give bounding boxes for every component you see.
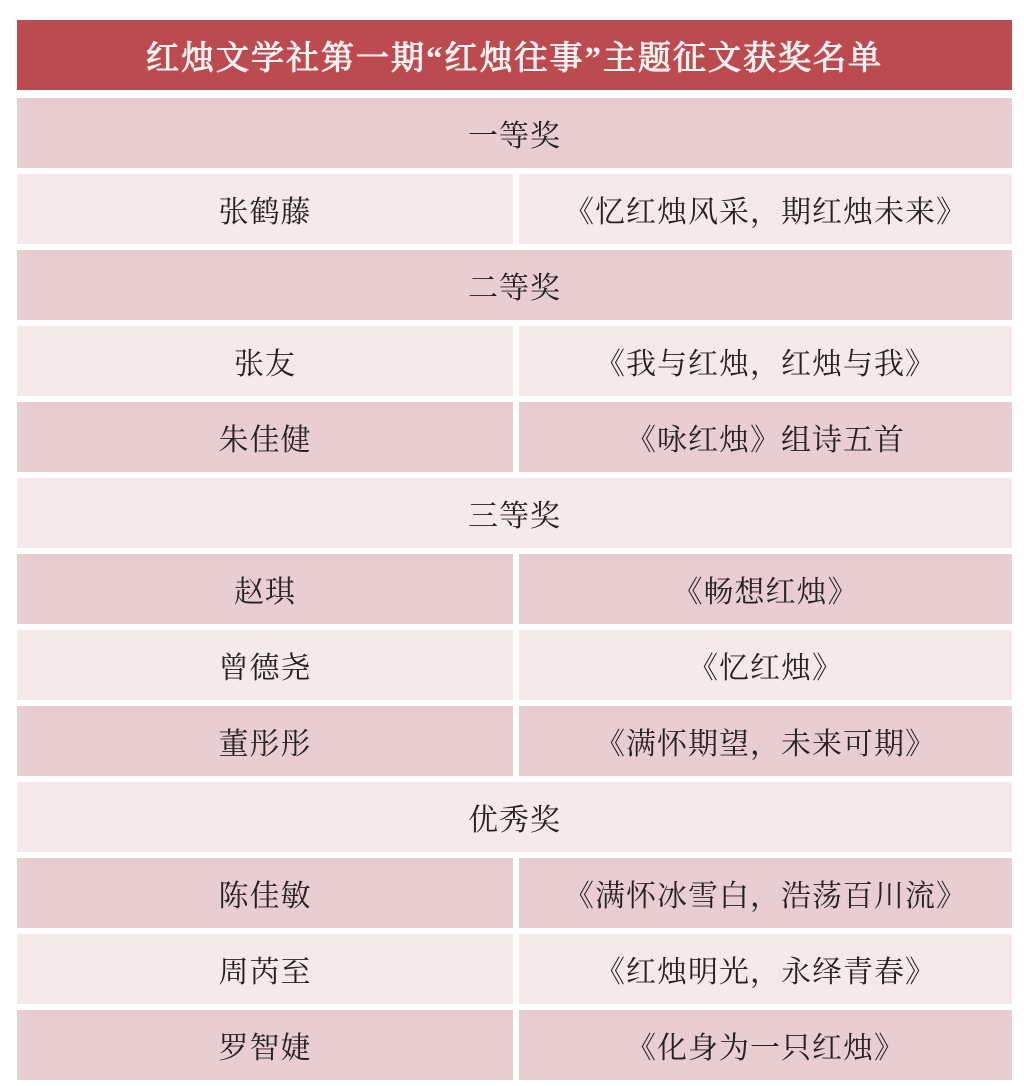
winner-name-cell: 罗智婕 xyxy=(17,1010,513,1080)
page: 红烛文学社第一期“红烛往事”主题征文获奖名单 一等奖张鹤藤《忆红烛风采，期红烛未… xyxy=(0,0,1024,1086)
winner-name-cell: 曾德尧 xyxy=(17,630,513,700)
winner-row: 罗智婕《化身为一只红烛》 xyxy=(17,1010,1012,1080)
section-row: 优秀奖 xyxy=(17,782,1012,852)
winner-name-cell: 朱佳健 xyxy=(17,402,513,472)
winner-name-cell: 董彤彤 xyxy=(17,706,513,776)
section-label: 二等奖 xyxy=(468,263,561,307)
table-header: 红烛文学社第一期“红烛往事”主题征文获奖名单 xyxy=(17,20,1012,90)
essay-title-cell: 《满怀期望，未来可期》 xyxy=(519,706,1012,776)
winner-row: 张鹤藤《忆红烛风采，期红烛未来》 xyxy=(17,174,1012,244)
award-table: 红烛文学社第一期“红烛往事”主题征文获奖名单 一等奖张鹤藤《忆红烛风采，期红烛未… xyxy=(17,20,1012,1080)
winner-row: 朱佳健《咏红烛》组诗五首 xyxy=(17,402,1012,472)
winner-row: 董彤彤《满怀期望，未来可期》 xyxy=(17,706,1012,776)
essay-title-cell: 《红烛明光，永绎青春》 xyxy=(519,934,1012,1004)
essay-title-cell: 《满怀冰雪白，浩荡百川流》 xyxy=(519,858,1012,928)
rows-container: 一等奖张鹤藤《忆红烛风采，期红烛未来》二等奖张友《我与红烛，红烛与我》朱佳健《咏… xyxy=(17,98,1012,1080)
essay-title-cell: 《化身为一只红烛》 xyxy=(519,1010,1012,1080)
essay-title-cell: 《我与红烛，红烛与我》 xyxy=(519,326,1012,396)
essay-title-cell: 《忆红烛》 xyxy=(519,630,1012,700)
winner-row: 赵琪《畅想红烛》 xyxy=(17,554,1012,624)
section-row: 三等奖 xyxy=(17,478,1012,548)
section-label: 三等奖 xyxy=(468,491,561,535)
section-row: 一等奖 xyxy=(17,98,1012,168)
winner-row: 张友《我与红烛，红烛与我》 xyxy=(17,326,1012,396)
section-row: 二等奖 xyxy=(17,250,1012,320)
winner-name-cell: 张友 xyxy=(17,326,513,396)
section-label: 一等奖 xyxy=(468,111,561,155)
section-label: 优秀奖 xyxy=(468,795,561,839)
winner-row: 曾德尧《忆红烛》 xyxy=(17,630,1012,700)
winner-name-cell: 周芮至 xyxy=(17,934,513,1004)
winner-name-cell: 陈佳敏 xyxy=(17,858,513,928)
essay-title-cell: 《畅想红烛》 xyxy=(519,554,1012,624)
essay-title-cell: 《咏红烛》组诗五首 xyxy=(519,402,1012,472)
winner-name-cell: 张鹤藤 xyxy=(17,174,513,244)
table-title: 红烛文学社第一期“红烛往事”主题征文获奖名单 xyxy=(146,32,883,79)
winner-row: 周芮至《红烛明光，永绎青春》 xyxy=(17,934,1012,1004)
winner-name-cell: 赵琪 xyxy=(17,554,513,624)
winner-row: 陈佳敏《满怀冰雪白，浩荡百川流》 xyxy=(17,858,1012,928)
essay-title-cell: 《忆红烛风采，期红烛未来》 xyxy=(519,174,1012,244)
